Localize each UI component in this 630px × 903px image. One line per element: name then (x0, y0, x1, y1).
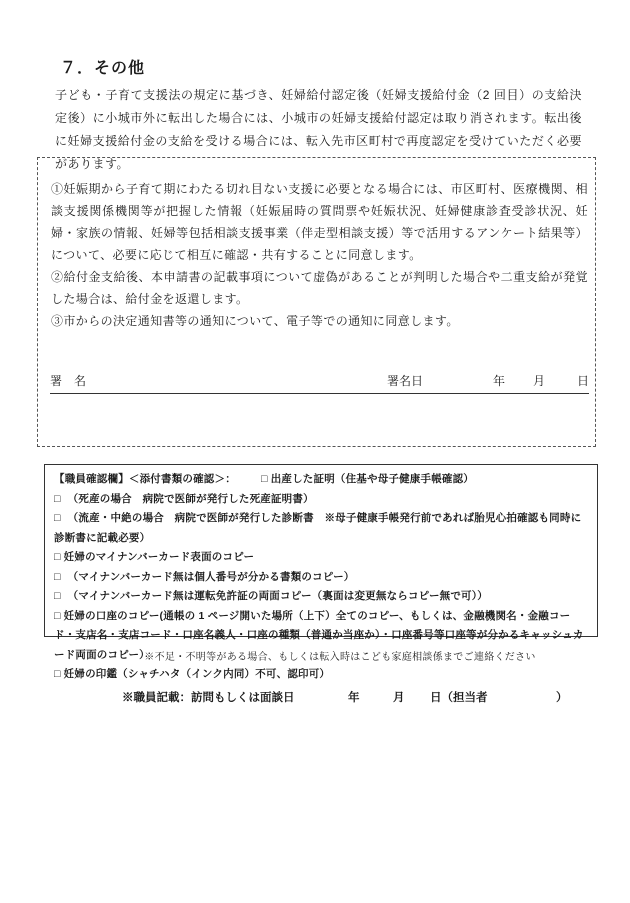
staff-check-box: 【職員確認欄】＜添付書類の確認＞： □ 出産した証明（住基や母子健康手帳確認） … (44, 464, 598, 637)
check-item-text: （流産・中絶の場合 病院で医師が発行した診断書 ※母子健康手帳発行前であれば胎児… (54, 512, 581, 544)
checkbox-icon: □ (54, 571, 61, 583)
month-label: 月 (533, 372, 545, 389)
consent-item-3: ③市からの決定通知書等の通知について、電子等での通知に同意します。 (51, 310, 588, 332)
staff-check-header: 【職員確認欄】＜添付書類の確認＞： (54, 473, 236, 485)
check-item: □ （マイナンバーカード無は運転免許証の両面コピー（裏面は変更無ならコピー無で可… (54, 587, 588, 607)
staff-record-line: ※職員記載：訪問もしくは面談日 年 月 日（担当者 ） (0, 689, 630, 709)
checkbox-icon: □ (54, 512, 61, 524)
checkbox-icon: □ (54, 590, 61, 602)
check-item: □ 妊婦のマイナンバーカード表面のコピー (54, 548, 588, 568)
signature-row: 署 名 署名日 年 月 日 (50, 372, 589, 394)
staff-record-month-label: 月 (393, 689, 405, 705)
check-item: □ 妊婦の印鑑（シャチハタ（インク内同）不可、認印可） (54, 665, 588, 685)
checkbox-icon: □ (261, 473, 268, 485)
checkbox-icon: □ (54, 493, 61, 505)
check-item-text: 出産した証明（住基や母子健康手帳確認） (271, 473, 474, 485)
staff-record-prefix: ※職員記載：訪問もしくは面談日 (122, 689, 295, 705)
staff-record-close-paren: ） (556, 689, 568, 705)
consent-item-2: ②給付金支給後、本申請書の記載事項について虚偽があることが判明した場合や二重支給… (51, 266, 588, 310)
consent-body: ①妊娠期から子育て期にわたる切れ目ない支援に必要となる場合には、市区町村、医療機… (51, 178, 588, 332)
checkbox-icon: □ (54, 551, 61, 563)
contact-note: ※不足・不明等がある場合、もしくは転入時はこども家庭相談係までご連絡ください (0, 648, 630, 663)
check-item-text: （死産の場合 病院で医師が発行した死産証明書） (68, 493, 314, 505)
check-item: □ （流産・中絶の場合 病院で医師が発行した診断書 ※母子健康手帳発行前であれば… (54, 509, 588, 548)
signature-date-label: 署名日 (387, 372, 423, 389)
staff-record-year-label: 年 (348, 689, 360, 705)
staff-record-day-label: 日（担当者 (430, 689, 488, 705)
checkbox-icon: □ (54, 668, 61, 680)
staff-check-header-line: 【職員確認欄】＜添付書類の確認＞： □ 出産した証明（住基や母子健康手帳確認） (54, 470, 588, 490)
check-item-text: （マイナンバーカード無は個人番号が分かる書類のコピー） (68, 571, 355, 583)
year-label: 年 (493, 372, 505, 389)
section-title: ７．その他 (60, 55, 145, 78)
checkbox-icon: □ (54, 610, 61, 622)
consent-box: ①妊娠期から子育て期にわたる切れ目ない支援に必要となる場合には、市区町村、医療機… (37, 157, 596, 447)
check-item-text: （マイナンバーカード無は運転免許証の両面コピー（裏面は変更無ならコピー無で可）） (68, 590, 488, 602)
consent-item-1: ①妊娠期から子育て期にわたる切れ目ない支援に必要となる場合には、市区町村、医療機… (51, 178, 588, 266)
signature-label: 署 名 (50, 372, 86, 389)
check-item: □ （死産の場合 病院で医師が発行した死産証明書） (54, 490, 588, 510)
check-item: □ （マイナンバーカード無は個人番号が分かる書類のコピー） (54, 568, 588, 588)
form-page: ７．その他 子ども・子育て支援法の規定に基づき、妊婦給付認定後（妊婦支援給付金（… (0, 0, 630, 903)
check-item-text: 妊婦のマイナンバーカード表面のコピー (64, 551, 255, 563)
day-label: 日 (577, 372, 589, 389)
check-item-text: 妊婦の印鑑（シャチハタ（インク内同）不可、認印可） (64, 668, 330, 680)
